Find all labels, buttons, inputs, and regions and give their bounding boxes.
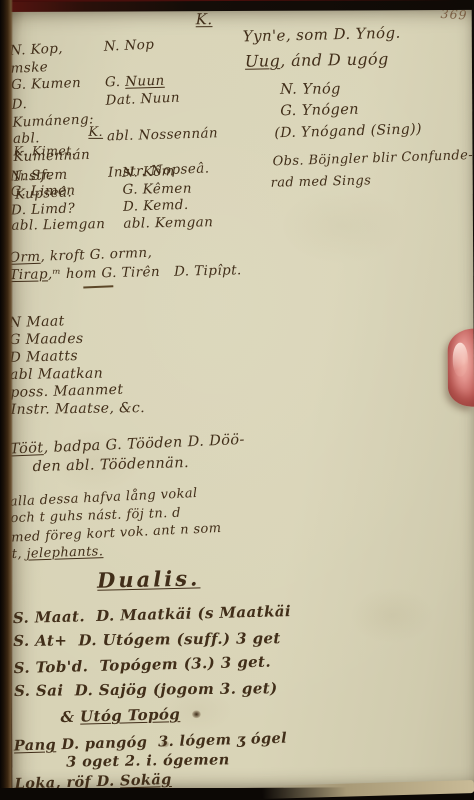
line-text: Yyn'e, som D. Ynóg. [243,24,401,46]
cell-right: abl. Nossennán [107,124,219,163]
paradigm-row: abl. Liemgan abl. Kemgan [11,214,249,235]
line-text: N. Ynóg [280,81,341,97]
manuscript-line: poss. Maanmet [10,381,145,402]
manuscript-line: G. Ynógen [280,102,359,120]
line-text: Dat. Nuun [105,90,180,109]
line-text: Obs. Böjngler blir Confunde- [272,148,473,169]
finger [448,329,474,407]
book-top-edge [0,0,474,12]
swedish-note: alla dessa hafva lång vokal och t guhs n… [9,485,222,565]
cell-right: D. Kemd. [123,197,189,216]
manuscript-line: N Maat [9,311,144,332]
fingernail [453,343,468,377]
manuscript-line: Tirap,ᵐ hom G. Tirên D. Tipîpt. [9,261,242,285]
underlined-word: Pang [14,736,57,754]
section-heading: K. [196,10,213,28]
underlined-word: Tööt [10,440,44,457]
paradigm-table-2: N. Sfem N. Kôm G. Limen G. Kêmen D. Limd… [10,162,250,236]
sub-section-label: K. [88,125,103,140]
ink-stain [192,710,201,718]
cell-left: N. Kop, mske [9,38,104,78]
line-text: , kroft G. ormn, [40,245,152,265]
line-text: t, [12,547,27,562]
dualis-rows: S. Maat. D. Maatkäi (s Maatkäi S. At+ D.… [13,600,293,730]
maat-paradigm: N Maat G Maades D Maatts abl Maatkan pos… [9,312,145,420]
underlined-word: Tirap [9,266,48,283]
underlined-word: Utóg Topóg [80,705,181,726]
manuscript-line: D Maatts [9,346,144,367]
book-spine-pages [0,0,13,800]
line-text: S. Maat. D. Maatkäi (s Maatkäi [13,602,292,627]
line-text: abl. Nossennán [107,125,219,144]
cell-right: Dat. Nuun [105,89,181,128]
ink-stain [161,740,169,747]
underlined-word: Nuun [125,73,165,90]
manuscript-page: 369 K. N. Kop, mske N. Nop G. Kumen G. N… [8,7,474,790]
manuscript-photo: 369 K. N. Kop, mske N. Nop G. Kumen G. N… [0,0,474,800]
divider-stroke [83,285,113,288]
underlined-word: Sokäg [120,771,172,789]
manuscript-line: Yyn'e, som D. Ynóg. [243,24,401,46]
line-text: S. Sai D. Sajög (jogom 3. get) [14,679,278,700]
manuscript-line: & Utóg Topóg [60,699,293,730]
line-text: rad med Sings [271,173,372,190]
dualis-heading: Dualis. [97,565,201,592]
manuscript-line: rad med Sings [271,173,372,190]
line-text: S. At+ D. Utógem (suff.) 3 get [13,629,281,650]
line-text: 3 oget 2. i. ógemen [66,751,230,770]
line-text: N. Nop [103,37,154,55]
k-kimet-line: K. Kimet. [13,143,76,158]
manuscript-line: N. Ynóg [280,81,341,97]
cell-right: G. Nuun [105,72,165,92]
bottom-rows: Pang D. pangóg 3. lógem ʒ ógel 3 oget 2.… [14,730,288,792]
underlined-word: Orm [9,249,41,266]
orm-note: Orm, kroft G. ormn, Tirap,ᵐ hom G. Tirên… [9,242,242,286]
line-text: den abl. Töödennän. [32,455,189,475]
toot-note: Tööt, badpa G. Tööden D. Döö- den abl. T… [10,431,246,479]
manuscript-line: den abl. Töödennän. [32,452,245,478]
manuscript-line: Uug, ánd D ugóg [245,49,389,70]
cell-left: G. Limen [10,182,122,201]
line-text: (D. Ynógand (Sing)) [274,121,422,141]
cell-left: G. Kumen [11,73,105,94]
cell-right: N. Kôm [122,163,175,182]
manuscript-line: Instr. Maatse, &c. [11,400,146,419]
underlined-word: Uug [245,51,281,71]
line-text: , ánd D ugóg [280,49,389,70]
line-text: G. Ynógen [280,102,359,120]
cell-right: abl. Kemgan [123,214,213,233]
line-text: S. Tob'd. Topógem (3.) 3 get. [13,653,271,678]
line-text: ,ᵐ hom G. Tirên D. Tipîpt. [48,262,242,282]
cell-left: abl. Liemgan [11,216,123,235]
manuscript-line: (D. Ynógand (Sing)) [274,121,422,141]
cell-right: N. Nop [103,36,155,74]
line-text: & [60,708,80,726]
line-text: G. [105,74,126,91]
manuscript-line: Obs. Böjngler blir Confunde- [272,148,473,169]
underlined-word: jelephants. [26,544,103,561]
